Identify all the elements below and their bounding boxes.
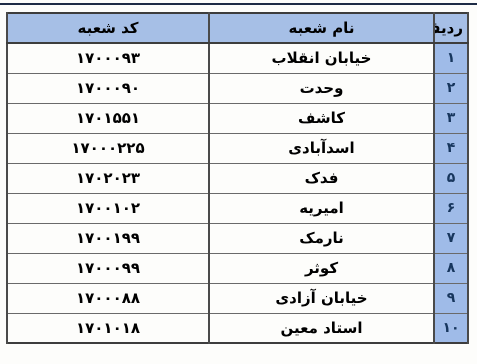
branch-name-cell: خیابان انقلاب <box>209 43 434 73</box>
branch-name-cell: خیابان آزادی <box>209 283 434 313</box>
table-row: ۵ فدک ۱۷۰۲۰۲۳ <box>7 163 468 193</box>
row-number-cell: ۷ <box>434 223 468 253</box>
branch-code-cell: ۱۷۰۰۰۲۲۵ <box>7 133 209 163</box>
branch-code-cell: ۱۷۰۰۱۹۹ <box>7 223 209 253</box>
branch-name-cell: اسدآبادی <box>209 133 434 163</box>
row-number-cell: ۳ <box>434 103 468 133</box>
row-number-cell: ۴ <box>434 133 468 163</box>
table-row: ۷ نارمک ۱۷۰۰۱۹۹ <box>7 223 468 253</box>
branch-list-table: ردیف نام شعبه کد شعبه ۱ خیابان انقلاب ۱۷… <box>6 12 469 344</box>
branch-code-cell: ۱۷۰۲۰۲۳ <box>7 163 209 193</box>
branch-code-cell: ۱۷۰۱۰۱۸ <box>7 313 209 343</box>
table-row: ۱ خیابان انقلاب ۱۷۰۰۰۹۳ <box>7 43 468 73</box>
table-body: ۱ خیابان انقلاب ۱۷۰۰۰۹۳ ۲ وحدت ۱۷۰۰۰۹۰ ۳… <box>7 43 468 343</box>
branch-name-cell: فدک <box>209 163 434 193</box>
branch-code-cell: ۱۷۰۱۵۵۱ <box>7 103 209 133</box>
table-row: ۴ اسدآبادی ۱۷۰۰۰۲۲۵ <box>7 133 468 163</box>
table-row: ۸ کوثر ۱۷۰۰۰۹۹ <box>7 253 468 283</box>
table-row: ۳ کاشف ۱۷۰۱۵۵۱ <box>7 103 468 133</box>
row-number-cell: ۸ <box>434 253 468 283</box>
table-row: ۱۰ استاد معین ۱۷۰۱۰۱۸ <box>7 313 468 343</box>
branch-name-cell: کوثر <box>209 253 434 283</box>
branch-name-cell: نارمک <box>209 223 434 253</box>
branch-name-cell: وحدت <box>209 73 434 103</box>
row-number-cell: ۱۰ <box>434 313 468 343</box>
header-branch-name: نام شعبه <box>209 13 434 43</box>
branch-code-cell: ۱۷۰۰۱۰۲ <box>7 193 209 223</box>
branch-name-cell: استاد معین <box>209 313 434 343</box>
branch-name-cell: کاشف <box>209 103 434 133</box>
table-row: ۲ وحدت ۱۷۰۰۰۹۰ <box>7 73 468 103</box>
row-number-cell: ۹ <box>434 283 468 313</box>
row-number-cell: ۵ <box>434 163 468 193</box>
branch-code-cell: ۱۷۰۰۰۹۰ <box>7 73 209 103</box>
table-header: ردیف نام شعبه کد شعبه <box>7 13 468 43</box>
row-number-cell: ۶ <box>434 193 468 223</box>
branch-name-cell: امیریه <box>209 193 434 223</box>
header-row-number: ردیف <box>434 13 468 43</box>
header-branch-code: کد شعبه <box>7 13 209 43</box>
row-number-cell: ۱ <box>434 43 468 73</box>
row-number-cell: ۲ <box>434 73 468 103</box>
top-divider-rule <box>0 3 477 5</box>
table-row: ۶ امیریه ۱۷۰۰۱۰۲ <box>7 193 468 223</box>
page-canvas: ردیف نام شعبه کد شعبه ۱ خیابان انقلاب ۱۷… <box>0 0 477 364</box>
header-row: ردیف نام شعبه کد شعبه <box>7 13 468 43</box>
branch-code-cell: ۱۷۰۰۰۹۳ <box>7 43 209 73</box>
table-row: ۹ خیابان آزادی ۱۷۰۰۰۸۸ <box>7 283 468 313</box>
branch-code-cell: ۱۷۰۰۰۸۸ <box>7 283 209 313</box>
branch-code-cell: ۱۷۰۰۰۹۹ <box>7 253 209 283</box>
